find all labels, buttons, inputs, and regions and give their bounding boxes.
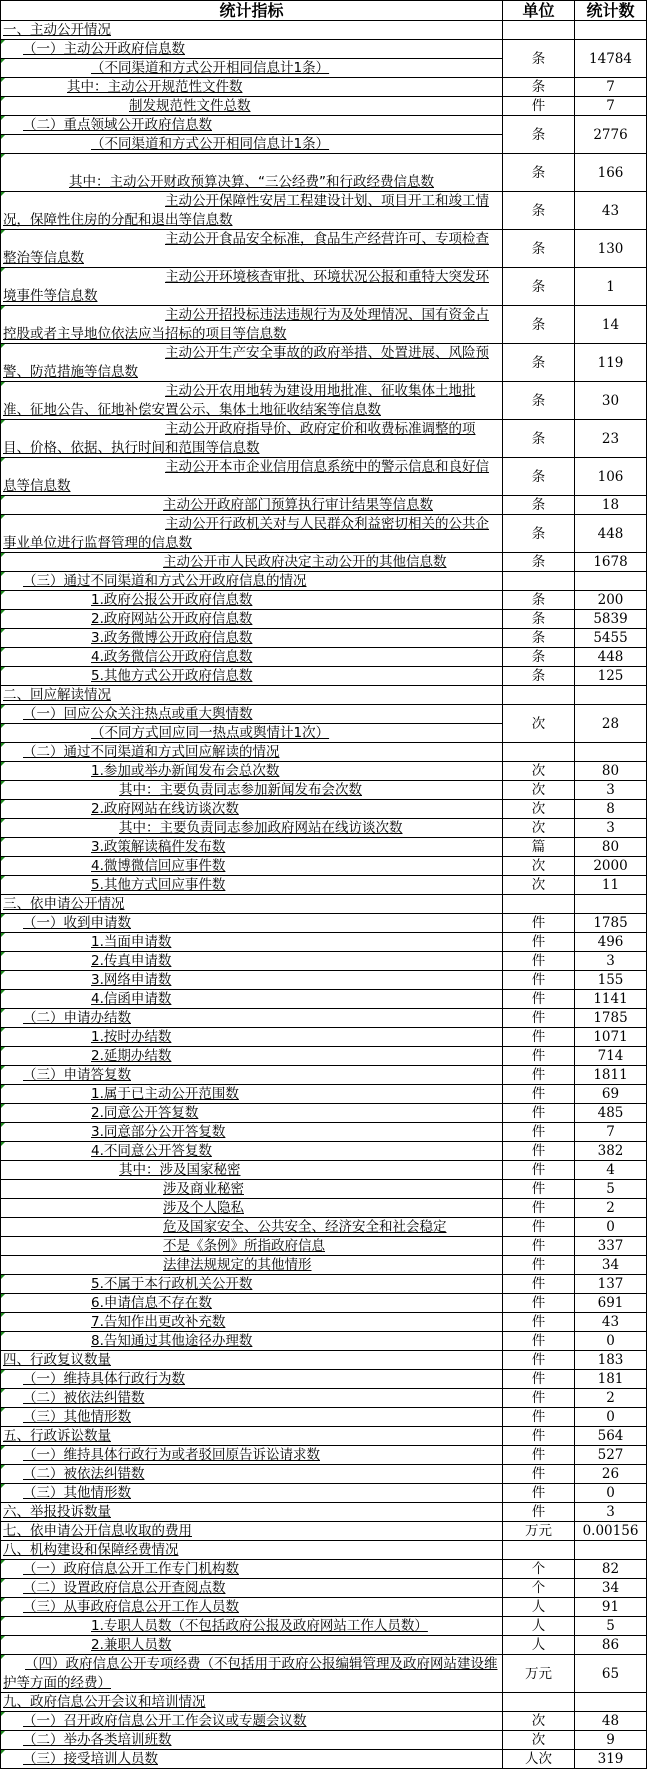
statistics-table: 统计指标 单位 统计数 一、主动公开情况（一）主动公开政府信息数条14784（不… [0, 0, 647, 1769]
unit-cell: 人 [503, 1636, 575, 1655]
indicator-cell: 4.信函申请数 [1, 990, 503, 1009]
table-row: 2.政府网站公开政府信息数条5839 [1, 610, 647, 629]
indicator-cell: 2.延期办结数 [1, 1047, 503, 1066]
unit-cell: 条 [503, 268, 575, 306]
indicator-cell: （二）被依法纠错数 [1, 1465, 503, 1484]
table-row: 4.不同意公开答复数件382 [1, 1142, 647, 1161]
count-cell: 7 [575, 78, 647, 97]
count-cell: 1141 [575, 990, 647, 1009]
table-row: 主动公开政府部门预算执行审计结果等信息数条18 [1, 496, 647, 515]
indicator-label: 3.网络申请数 [91, 972, 171, 988]
indicator-label: 其中：主动公开财政预算决算、“三公经费”和行政经费信息数 [3, 174, 434, 190]
table-row: 主动公开环境核查审批、环境状况公报和重特大突发环境事件等信息数条1 [1, 268, 647, 306]
count-cell: 4 [575, 1161, 647, 1180]
indicator-cell: 主动公开农用地转为建设用地批准、征收集体土地批准、征地公告、征地补偿安置公示、集… [1, 382, 503, 420]
count-cell: 8 [575, 800, 647, 819]
table-row: 主动公开食品安全标准，食品生产经营许可、专项检查整治等信息数条130 [1, 230, 647, 268]
indicator-cell: 主动公开食品安全标准，食品生产经营许可、专项检查整治等信息数 [1, 230, 503, 268]
indicator-note: （不同渠道和方式公开相同信息计1条） [91, 136, 329, 152]
count-cell: 14784 [575, 40, 647, 78]
unit-cell: 件 [503, 971, 575, 990]
indicator-cell: 7.告知作出更改补充数 [1, 1313, 503, 1332]
count-cell: 82 [575, 1560, 647, 1579]
count-cell: 43 [575, 1313, 647, 1332]
indicator-cell: 其中：主要负责同志参加政府网站在线访谈次数 [1, 819, 503, 838]
count-cell: 43 [575, 192, 647, 230]
unit-cell: 件 [503, 1370, 575, 1389]
indicator-cell: 主动公开保障性安居工程建设计划、项目开工和竣工情况，保障性住房的分配和退出等信息… [1, 192, 503, 230]
table-row: 四、行政复议数量件183 [1, 1351, 647, 1370]
table-row: 七、依申请公开信息收取的费用万元0.00156 [1, 1522, 647, 1541]
count-cell: 91 [575, 1598, 647, 1617]
table-row: （三）申请答复数件1811 [1, 1066, 647, 1085]
unit-cell: 条 [503, 306, 575, 344]
indicator-label: 主动公开环境核查审批、环境状况公报和重特大突发环境事件等信息数 [3, 269, 489, 304]
unit-cell: 个 [503, 1560, 575, 1579]
count-cell: 9 [575, 1731, 647, 1750]
indicator-label: 2.延期办结数 [91, 1048, 171, 1064]
count-cell: 0 [575, 1218, 647, 1237]
table-row: 主动公开生产安全事故的政府举措、处置进展、风险预警、防范措施等信息数条119 [1, 344, 647, 382]
indicator-cell: （一）召开政府信息公开工作会议或专题会议数 [1, 1712, 503, 1731]
indicator-label: 5.其他方式回应事件数 [91, 877, 225, 893]
indicator-cell: 三、依申请公开情况 [1, 895, 503, 914]
unit-cell: 条 [503, 154, 575, 192]
unit-cell: 件 [503, 1503, 575, 1522]
unit-cell: 件 [503, 1446, 575, 1465]
unit-cell: 件 [503, 1237, 575, 1256]
indicator-label: 3.政策解读稿件发布数 [91, 839, 225, 855]
indicator-cell: 其中：主要负责同志参加新闻发布会次数 [1, 781, 503, 800]
table-row: 8.告知通过其他途径办理数件0 [1, 1332, 647, 1351]
unit-cell: 次 [503, 819, 575, 838]
count-cell: 0 [575, 1332, 647, 1351]
table-row: （一）维持具体行政行为数件181 [1, 1370, 647, 1389]
indicator-label: 一、主动公开情况 [3, 22, 111, 38]
table-row: 其中：主要负责同志参加政府网站在线访谈次数次3 [1, 819, 647, 838]
indicator-cell: （三）其他情形数 [1, 1408, 503, 1427]
unit-cell: 件 [503, 1161, 575, 1180]
table-row: 3.政策解读稿件发布数篇80 [1, 838, 647, 857]
indicator-cell: 五、行政诉讼数量 [1, 1427, 503, 1446]
indicator-cell: （二）被依法纠错数 [1, 1389, 503, 1408]
count-cell: 86 [575, 1636, 647, 1655]
unit-cell: 条 [503, 667, 575, 686]
count-cell: 0 [575, 1484, 647, 1503]
unit-cell: 件 [503, 1142, 575, 1161]
header-count: 统计数 [575, 1, 647, 21]
indicator-label: 1.参加或举办新闻发布会总次数 [91, 763, 279, 779]
unit-cell: 次 [503, 1731, 575, 1750]
indicator-cell: （三）接受培训人员数 [1, 1750, 503, 1769]
indicator-cell: 主动公开生产安全事故的政府举措、处置进展、风险预警、防范措施等信息数 [1, 344, 503, 382]
unit-cell: 条 [503, 420, 575, 458]
indicator-label: （一）收到申请数 [23, 915, 131, 931]
indicator-cell: 主动公开本市企业信用信息系统中的警示信息和良好信息等信息数 [1, 458, 503, 496]
table-row: 其中：主动公开规范性文件数条7 [1, 78, 647, 97]
unit-cell [503, 895, 575, 914]
table-row: 3.同意部分公开答复数件7 [1, 1123, 647, 1142]
unit-cell: 条 [503, 116, 575, 154]
indicator-label: （二）设置政府信息公开查阅点数 [23, 1580, 226, 1596]
unit-cell [503, 1541, 575, 1560]
count-cell: 11 [575, 876, 647, 895]
unit-cell: 件 [503, 1180, 575, 1199]
indicator-cell: 主动公开政府部门预算执行审计结果等信息数 [1, 496, 503, 515]
indicator-label: 2.兼职人员数 [91, 1637, 171, 1653]
indicator-label: 其中：涉及国家秘密 [119, 1162, 241, 1178]
indicator-label: （二）申请办结数 [23, 1010, 131, 1026]
unit-cell: 件 [503, 914, 575, 933]
indicator-cell: （二）申请办结数 [1, 1009, 503, 1028]
count-cell: 448 [575, 648, 647, 667]
table-row: 3.政务微博公开政府信息数条5455 [1, 629, 647, 648]
indicator-label: 4.政务微信公开政府信息数 [91, 649, 252, 665]
indicator-note: （不同方式回应同一热点或舆情计1次） [91, 725, 329, 741]
table-row: 7.告知作出更改补充数件43 [1, 1313, 647, 1332]
indicator-cell: 4.微博微信回应事件数 [1, 857, 503, 876]
indicator-cell: （二）举办各类培训班数 [1, 1731, 503, 1750]
indicator-cell: 七、依申请公开信息收取的费用 [1, 1522, 503, 1541]
count-cell: 319 [575, 1750, 647, 1769]
unit-cell: 件 [503, 1047, 575, 1066]
count-cell: 7 [575, 97, 647, 116]
count-cell: 14 [575, 306, 647, 344]
indicator-cell: 主动公开行政机关对与人民群众利益密切相关的公共企事业单位进行监督管理的信息数 [1, 515, 503, 553]
indicator-cell: （三）申请答复数 [1, 1066, 503, 1085]
indicator-label: 主动公开政府指导价、政府定价和收费标准调整的项目、价格、依据、执行时间和范围等信… [3, 421, 476, 456]
table-row: （三）其他情形数件0 [1, 1408, 647, 1427]
unit-cell: 次 [503, 705, 575, 743]
count-cell [575, 686, 647, 705]
count-cell [575, 1693, 647, 1712]
count-cell: 34 [575, 1256, 647, 1275]
indicator-label: 5.其他方式公开政府信息数 [91, 668, 252, 684]
indicator-label: （二）通过不同渠道和方式回应解读的情况 [23, 744, 280, 760]
count-cell: 485 [575, 1104, 647, 1123]
indicator-cell: （一）政府信息公开工作专门机构数 [1, 1560, 503, 1579]
count-cell: 5 [575, 1180, 647, 1199]
indicator-cell: 4.政务微信公开政府信息数 [1, 648, 503, 667]
indicator-label: 8.告知通过其他途径办理数 [91, 1333, 252, 1349]
unit-cell: 条 [503, 78, 575, 97]
unit-cell [503, 572, 575, 591]
unit-cell: 条 [503, 515, 575, 553]
table-row: 九、政府信息公开会议和培训情况 [1, 1693, 647, 1712]
unit-cell: 件 [503, 1408, 575, 1427]
unit-cell: 件 [503, 1256, 575, 1275]
unit-cell: 件 [503, 1123, 575, 1142]
table-row: （一）回应公众关注热点或重大舆情数次28 [1, 705, 647, 724]
count-cell: 3 [575, 952, 647, 971]
table-row: 六、举报投诉数量件3 [1, 1503, 647, 1522]
table-row: 1.专职人员数（不包括政府公报及政府网站工作人员数）人5 [1, 1617, 647, 1636]
table-row: 4.信函申请数件1141 [1, 990, 647, 1009]
indicator-cell: 六、举报投诉数量 [1, 1503, 503, 1522]
unit-cell: 万元 [503, 1522, 575, 1541]
indicator-label: 主动公开食品安全标准，食品生产经营许可、专项检查整治等信息数 [3, 231, 489, 266]
table-row: 1.当面申请数件496 [1, 933, 647, 952]
unit-cell: 件 [503, 1465, 575, 1484]
indicator-cell: 八、机构建设和保障经费情况 [1, 1541, 503, 1560]
indicator-label: （三）其他情形数 [23, 1485, 131, 1501]
indicator-cell: （四）政府信息公开专项经费（不包括用于政府公报编辑管理及政府网站建设维护等方面的… [1, 1655, 503, 1693]
unit-cell: 条 [503, 648, 575, 667]
table-row: （二）申请办结数件1785 [1, 1009, 647, 1028]
unit-cell: 条 [503, 230, 575, 268]
indicator-cell: 4.不同意公开答复数 [1, 1142, 503, 1161]
count-cell: 48 [575, 1712, 647, 1731]
indicator-label: 2.政府网站公开政府信息数 [91, 611, 252, 627]
count-cell: 0.00156 [575, 1522, 647, 1541]
indicator-label: 制发规范性文件总数 [129, 98, 251, 114]
indicator-label: （一）维持具体行政行为数 [23, 1371, 185, 1387]
unit-cell: 条 [503, 629, 575, 648]
indicator-cell: 主动公开政府指导价、政府定价和收费标准调整的项目、价格、依据、执行时间和范围等信… [1, 420, 503, 458]
unit-cell [503, 21, 575, 40]
unit-cell: 次 [503, 1712, 575, 1731]
unit-cell: 件 [503, 97, 575, 116]
indicator-label: 其中：主动公开规范性文件数 [67, 79, 243, 95]
unit-cell: 件 [503, 990, 575, 1009]
table-row: （一）召开政府信息公开工作会议或专题会议数次48 [1, 1712, 647, 1731]
table-row: 4.微博微信回应事件数次2000 [1, 857, 647, 876]
indicator-label: 主动公开政府部门预算执行审计结果等信息数 [163, 497, 433, 513]
indicator-cell: 不是《条例》所指政府信息 [1, 1237, 503, 1256]
unit-cell: 件 [503, 1427, 575, 1446]
unit-cell: 条 [503, 610, 575, 629]
indicator-label: 1.按时办结数 [91, 1029, 171, 1045]
indicator-label: 其中：主要负责同志参加新闻发布会次数 [119, 782, 362, 798]
indicator-cell: 主动公开市人民政府决定主动公开的其他信息数 [1, 553, 503, 572]
indicator-cell: 主动公开环境核查审批、环境状况公报和重特大突发环境事件等信息数 [1, 268, 503, 306]
indicator-cell: 法律法规规定的其他情形 [1, 1256, 503, 1275]
indicator-label: 五、行政诉讼数量 [3, 1428, 111, 1444]
indicator-label: （四）政府信息公开专项经费（不包括用于政府公报编辑管理及政府网站建设维护等方面的… [3, 1656, 498, 1691]
count-cell: 181 [575, 1370, 647, 1389]
count-cell: 80 [575, 838, 647, 857]
indicator-cell: 涉及个人隐私 [1, 1199, 503, 1218]
table-row: （二）被依法纠错数件2 [1, 1389, 647, 1408]
indicator-label: 7.告知作出更改补充数 [91, 1314, 225, 1330]
indicator-label: 2.政府网站在线访谈次数 [91, 801, 239, 817]
indicator-label: （二）被依法纠错数 [23, 1390, 145, 1406]
unit-cell: 件 [503, 1066, 575, 1085]
count-cell: 714 [575, 1047, 647, 1066]
indicator-cell: 3.同意部分公开答复数 [1, 1123, 503, 1142]
count-cell: 18 [575, 496, 647, 515]
indicator-label: 涉及商业秘密 [163, 1181, 244, 1197]
unit-cell: 条 [503, 496, 575, 515]
indicator-label: 2.同意公开答复数 [91, 1105, 198, 1121]
indicator-cell: 主动公开招投标违法违规行为及处理情况、国有资金占控股或者主导地位依法应当招标的项… [1, 306, 503, 344]
count-cell: 337 [575, 1237, 647, 1256]
indicator-label: 不是《条例》所指政府信息 [163, 1238, 325, 1254]
table-row: （二）重点领域公开政府信息数条2776 [1, 116, 647, 135]
unit-cell: 件 [503, 1389, 575, 1408]
unit-cell: 件 [503, 933, 575, 952]
indicator-label: 2.传真申请数 [91, 953, 171, 969]
unit-cell: 人 [503, 1598, 575, 1617]
table-row: （二）被依法纠错数件26 [1, 1465, 647, 1484]
table-body: 一、主动公开情况（一）主动公开政府信息数条14784（不同渠道和方式公开相同信息… [1, 21, 647, 1769]
indicator-label: 涉及个人隐私 [163, 1200, 244, 1216]
count-cell: 106 [575, 458, 647, 496]
indicator-cell: （一）主动公开政府信息数 [1, 40, 503, 59]
indicator-label: （二）被依法纠错数 [23, 1466, 145, 1482]
indicator-label: 六、举报投诉数量 [3, 1504, 111, 1520]
unit-cell: 件 [503, 1104, 575, 1123]
indicator-label: 1.属于已主动公开范围数 [91, 1086, 239, 1102]
table-row: 2.延期办结数件714 [1, 1047, 647, 1066]
table-row: 3.网络申请数件155 [1, 971, 647, 990]
count-cell: 80 [575, 762, 647, 781]
indicator-label: （三）通过不同渠道和方式公开政府信息的情况 [23, 573, 307, 589]
count-cell: 26 [575, 1465, 647, 1484]
table-row: 主动公开招投标违法违规行为及处理情况、国有资金占控股或者主导地位依法应当招标的项… [1, 306, 647, 344]
indicator-label: （一）政府信息公开工作专门机构数 [23, 1561, 239, 1577]
table-row: 5.不属于本行政机关公开数件137 [1, 1275, 647, 1294]
indicator-label: 4.不同意公开答复数 [91, 1143, 212, 1159]
count-cell: 155 [575, 971, 647, 990]
indicator-cell: 1.参加或举办新闻发布会总次数 [1, 762, 503, 781]
table-row: 6.申请信息不存在数件691 [1, 1294, 647, 1313]
indicator-cell: 6.申请信息不存在数 [1, 1294, 503, 1313]
table-row: 2.传真申请数件3 [1, 952, 647, 971]
count-cell: 2000 [575, 857, 647, 876]
count-cell: 200 [575, 591, 647, 610]
indicator-cell: 3.政务微博公开政府信息数 [1, 629, 503, 648]
count-cell: 3 [575, 1503, 647, 1522]
indicator-cell: （一）回应公众关注热点或重大舆情数 [1, 705, 503, 724]
table-row: 主动公开行政机关对与人民群众利益密切相关的公共企事业单位进行监督管理的信息数条4… [1, 515, 647, 553]
indicator-cell: 8.告知通过其他途径办理数 [1, 1332, 503, 1351]
indicator-label: （三）申请答复数 [23, 1067, 131, 1083]
count-cell: 448 [575, 515, 647, 553]
unit-cell: 件 [503, 1218, 575, 1237]
count-cell: 2 [575, 1389, 647, 1408]
count-cell: 3 [575, 781, 647, 800]
count-cell [575, 895, 647, 914]
table-row: 其中：涉及国家秘密件4 [1, 1161, 647, 1180]
unit-cell: 条 [503, 192, 575, 230]
table-row: 涉及个人隐私件2 [1, 1199, 647, 1218]
table-row: 五、行政诉讼数量件564 [1, 1427, 647, 1446]
table-row: 主动公开市人民政府决定主动公开的其他信息数条1678 [1, 553, 647, 572]
indicator-cell: 1.政府公报公开政府信息数 [1, 591, 503, 610]
indicator-note-cell: （不同方式回应同一热点或舆情计1次） [1, 724, 503, 743]
count-cell: 1785 [575, 1009, 647, 1028]
table-row: 八、机构建设和保障经费情况 [1, 1541, 647, 1560]
indicator-label: 七、依申请公开信息收取的费用 [3, 1523, 192, 1539]
count-cell: 1678 [575, 553, 647, 572]
indicator-cell: 一、主动公开情况 [1, 21, 503, 40]
indicator-label: 主动公开农用地转为建设用地批准、征收集体土地批准、征地公告、征地补偿安置公示、集… [3, 383, 476, 418]
unit-cell: 万元 [503, 1655, 575, 1693]
count-cell: 1071 [575, 1028, 647, 1047]
table-row: 主动公开政府指导价、政府定价和收费标准调整的项目、价格、依据、执行时间和范围等信… [1, 420, 647, 458]
indicator-label: （二）举办各类培训班数 [23, 1732, 172, 1748]
indicator-label: 三、依申请公开情况 [3, 896, 125, 912]
table-row: （一）收到申请数件1785 [1, 914, 647, 933]
indicator-label: 主动公开招投标违法违规行为及处理情况、国有资金占控股或者主导地位依法应当招标的项… [3, 307, 489, 342]
indicator-label: （一）回应公众关注热点或重大舆情数 [23, 706, 253, 722]
count-cell: 382 [575, 1142, 647, 1161]
count-cell: 125 [575, 667, 647, 686]
table-row: （一）维持具体行政行为或者驳回原告诉讼请求数件527 [1, 1446, 647, 1465]
indicator-label: 1.政府公报公开政府信息数 [91, 592, 252, 608]
indicator-cell: 其中：主动公开规范性文件数 [1, 78, 503, 97]
unit-cell: 条 [503, 553, 575, 572]
indicator-cell: 1.按时办结数 [1, 1028, 503, 1047]
header-indicator: 统计指标 [1, 1, 503, 21]
indicator-label: 4.信函申请数 [91, 991, 171, 1007]
indicator-label: 四、行政复议数量 [3, 1352, 111, 1368]
indicator-label: 法律法规规定的其他情形 [163, 1257, 312, 1273]
table-row: （一）政府信息公开工作专门机构数个82 [1, 1560, 647, 1579]
unit-cell: 次 [503, 800, 575, 819]
table-row: 2.政府网站在线访谈次数次8 [1, 800, 647, 819]
table-row: （四）政府信息公开专项经费（不包括用于政府公报编辑管理及政府网站建设维护等方面的… [1, 1655, 647, 1693]
unit-cell: 条 [503, 591, 575, 610]
indicator-cell: 1.当面申请数 [1, 933, 503, 952]
unit-cell: 条 [503, 458, 575, 496]
unit-cell: 人 [503, 1617, 575, 1636]
count-cell: 183 [575, 1351, 647, 1370]
indicator-label: 其中：主要负责同志参加政府网站在线访谈次数 [119, 820, 403, 836]
indicator-cell: 3.网络申请数 [1, 971, 503, 990]
indicator-label: 八、机构建设和保障经费情况 [3, 1542, 179, 1558]
count-cell: 1 [575, 268, 647, 306]
header-row: 统计指标 单位 统计数 [1, 1, 647, 21]
indicator-cell: （三）其他情形数 [1, 1484, 503, 1503]
count-cell: 0 [575, 1408, 647, 1427]
indicator-cell: 2.同意公开答复数 [1, 1104, 503, 1123]
count-cell: 5 [575, 1617, 647, 1636]
unit-cell: 条 [503, 344, 575, 382]
unit-cell: 件 [503, 1313, 575, 1332]
count-cell: 496 [575, 933, 647, 952]
indicator-cell: 1.属于已主动公开范围数 [1, 1085, 503, 1104]
count-cell: 65 [575, 1655, 647, 1693]
table-row: 2.同意公开答复数件485 [1, 1104, 647, 1123]
count-cell: 691 [575, 1294, 647, 1313]
unit-cell: 次 [503, 876, 575, 895]
count-cell [575, 1541, 647, 1560]
indicator-label: 主动公开保障性安居工程建设计划、项目开工和竣工情况，保障性住房的分配和退出等信息… [3, 193, 489, 228]
table-row: 2.兼职人员数人86 [1, 1636, 647, 1655]
unit-cell [503, 743, 575, 762]
table-row: 主动公开农用地转为建设用地批准、征收集体土地批准、征地公告、征地补偿安置公示、集… [1, 382, 647, 420]
unit-cell [503, 1693, 575, 1712]
indicator-cell: 危及国家安全、公共安全、经济安全和社会稳定 [1, 1218, 503, 1237]
unit-cell: 件 [503, 1009, 575, 1028]
indicator-note-cell: （不同渠道和方式公开相同信息计1条） [1, 59, 503, 78]
table-row: （二）设置政府信息公开查阅点数个34 [1, 1579, 647, 1598]
unit-cell: 件 [503, 1351, 575, 1370]
count-cell: 5455 [575, 629, 647, 648]
header-unit: 单位 [503, 1, 575, 21]
count-cell: 119 [575, 344, 647, 382]
table-row: 危及国家安全、公共安全、经济安全和社会稳定件0 [1, 1218, 647, 1237]
indicator-label: （一）召开政府信息公开工作会议或专题会议数 [23, 1713, 307, 1729]
indicator-cell: 1.专职人员数（不包括政府公报及政府网站工作人员数） [1, 1617, 503, 1636]
indicator-label: 1.当面申请数 [91, 934, 171, 950]
table-row: 1.参加或举办新闻发布会总次数次80 [1, 762, 647, 781]
indicator-label: 主动公开市人民政府决定主动公开的其他信息数 [163, 554, 447, 570]
indicator-label: 3.政务微博公开政府信息数 [91, 630, 252, 646]
table-row: 不是《条例》所指政府信息件337 [1, 1237, 647, 1256]
